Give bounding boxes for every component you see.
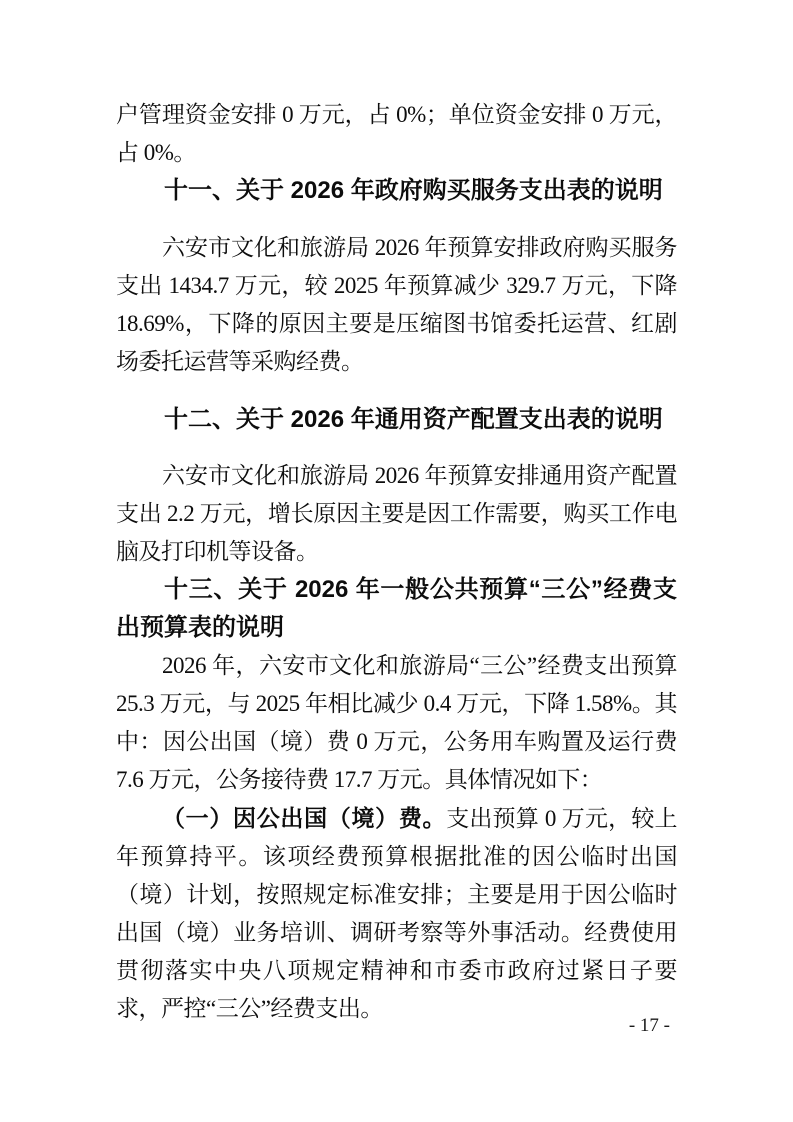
section-12-paragraph: 六安市文化和旅游局 2026 年预算安排通用资产配置支出 2.2 万元，增长原因… xyxy=(116,457,677,571)
page-number: - 17 - xyxy=(629,1014,670,1038)
item-1-lead-label: （一）因公出国（境）费。 xyxy=(162,805,446,831)
paragraph-continued-funding: 户管理资金安排 0 万元，占 0%；单位资金安排 0 万元，占 0%。 xyxy=(116,96,677,172)
section-12-heading: 十二、关于 2026 年通用资产配置支出表的说明 xyxy=(116,401,677,439)
document-page: 户管理资金安排 0 万元，占 0%；单位资金安排 0 万元，占 0%。 十一、关… xyxy=(0,0,793,1122)
section-11-paragraph: 六安市文化和旅游局 2026 年预算安排政府购买服务支出 1434.7 万元，较… xyxy=(116,229,677,381)
item-1-body-text: 支出预算 0 万元，较上年预算持平。该项经费预算根据批准的因公临时出国（境）计划… xyxy=(116,806,677,1021)
section-13-heading: 十三、关于 2026 年一般公共预算“三公”经费支出预算表的说明 xyxy=(116,571,677,647)
document-body: 户管理资金安排 0 万元，占 0%；单位资金安排 0 万元，占 0%。 十一、关… xyxy=(116,96,677,1028)
section-11-heading: 十一、关于 2026 年政府购买服务支出表的说明 xyxy=(116,172,677,210)
section-13-item-1-paragraph: （一）因公出国（境）费。支出预算 0 万元，较上年预算持平。该项经费预算根据批准… xyxy=(116,799,677,1028)
section-13-intro-paragraph: 2026 年，六安市文化和旅游局“三公”经费支出预算 25.3 万元，与 202… xyxy=(116,647,677,799)
